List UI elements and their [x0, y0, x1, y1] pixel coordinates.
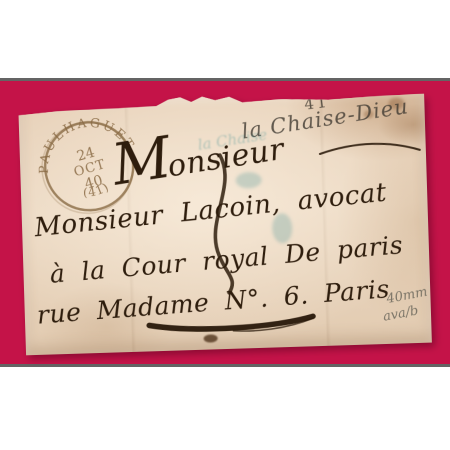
manuscript-tax-mark-stroke [213, 155, 233, 293]
ink-flourishes [18, 89, 432, 356]
salutation-tail-flourish [320, 142, 420, 154]
underline-flourish [149, 316, 313, 331]
photo-mat: PAULHAGUET 24 OCT 40 (41) 41 la Chaise-D… [0, 78, 450, 367]
letter-cover: PAULHAGUET 24 OCT 40 (41) 41 la Chaise-D… [18, 89, 432, 356]
letter-cover-wrap: PAULHAGUET 24 OCT 40 (41) 41 la Chaise-D… [18, 89, 432, 356]
